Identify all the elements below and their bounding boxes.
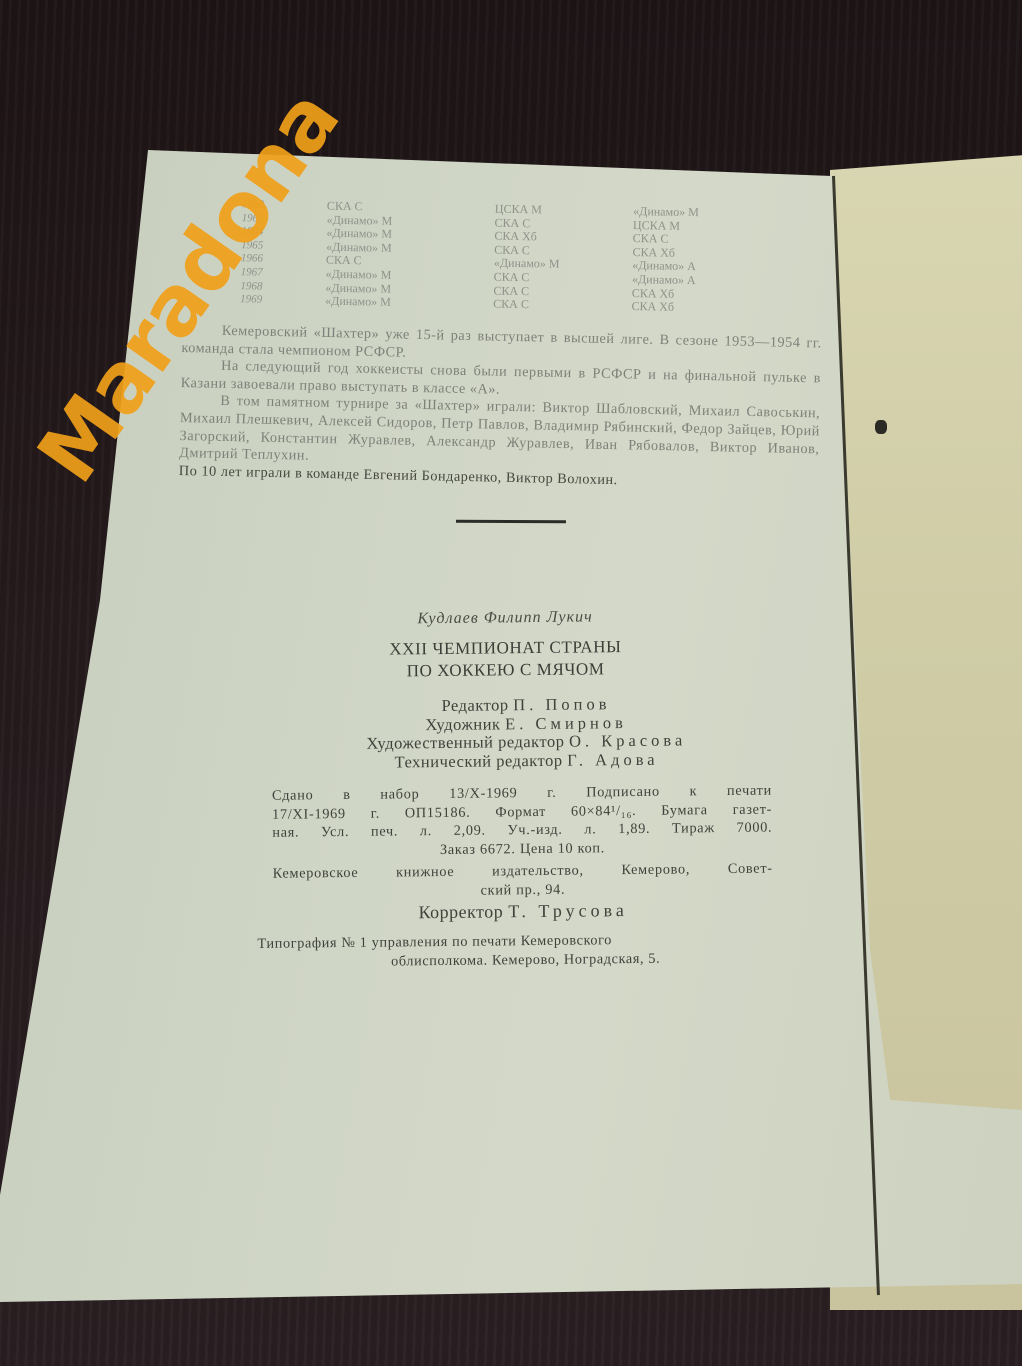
printer-info: Типография № 1 управления по печати Кеме…	[253, 929, 793, 973]
history-text: Кемеровский «Шахтер» уже 15-й раз выступ…	[179, 322, 822, 494]
section-divider	[456, 520, 566, 524]
corrector-credit: Корректор Т. Трусова	[253, 898, 793, 925]
champions-table: 1962СКА СЦСКА М«Динамо» М1963«Динамо» МС…	[230, 198, 752, 316]
title-line-2: ПО ХОККЕЮ С МЯЧОМ	[221, 656, 791, 684]
staff-credits: Редактор П. Попов Художник Е. Смирнов Ху…	[261, 693, 792, 773]
author-name: Кудлаев Филипп Лукич	[220, 606, 790, 630]
cell-second: СКА С	[493, 298, 632, 314]
book-title: XXII ЧЕМПИОНАТ СТРАНЫ ПО ХОККЕЮ С МЯЧОМ	[220, 634, 790, 684]
cell-year: 1969	[230, 293, 325, 308]
imprint-block: Кудлаев Филипп Лукич XXII ЧЕМПИОНАТ СТРА…	[250, 606, 794, 973]
print-details: Сдано в набор 13/X-1969 г. Подписано к п…	[252, 781, 793, 902]
cell-first: «Динамо» М	[325, 295, 493, 312]
cell-third: СКА Хб	[631, 300, 750, 316]
paragraph-3: В том памятном турнире за «Шахтер» играл…	[179, 392, 820, 476]
page-content: 1962СКА СЦСКА М«Динамо» М1963«Динамо» МС…	[0, 0, 1022, 1366]
